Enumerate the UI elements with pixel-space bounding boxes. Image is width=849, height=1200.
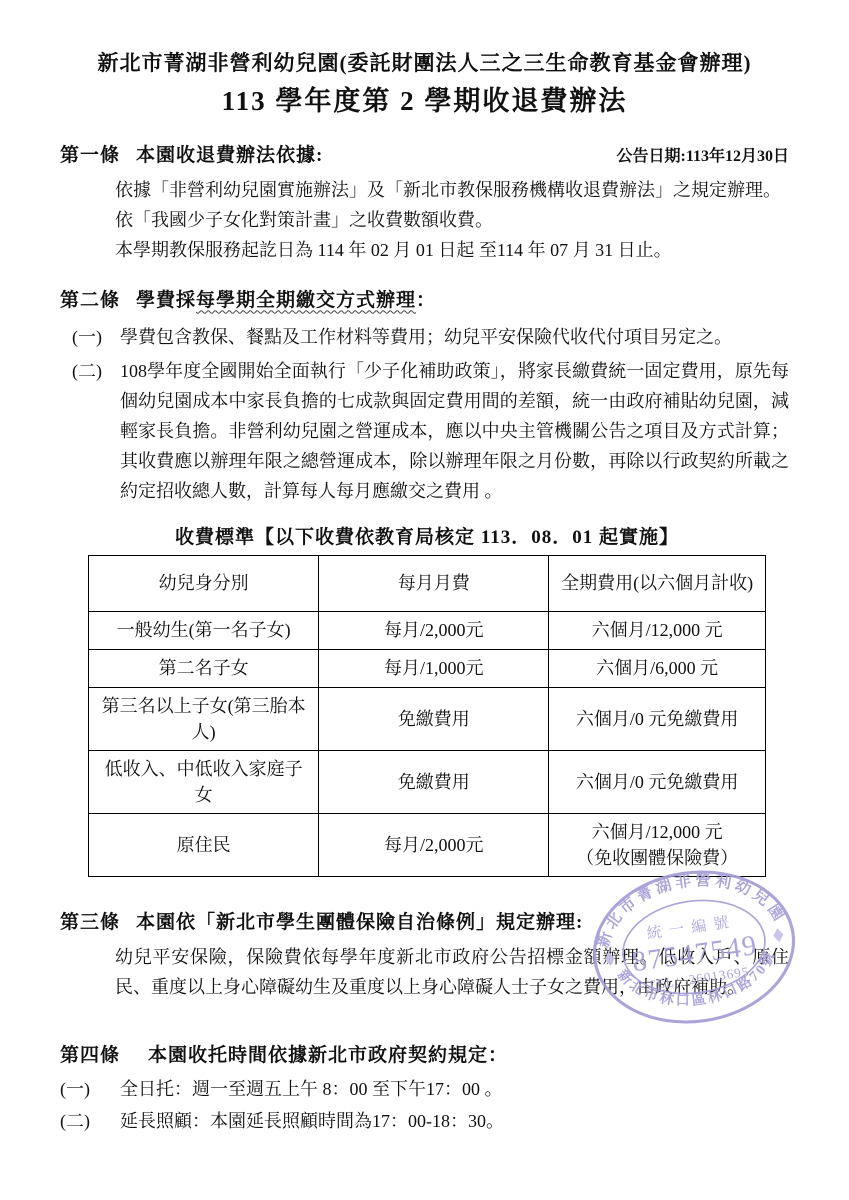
article-1-title: 本園收退費辦法依據:: [136, 145, 323, 166]
article-1-paragraph-2: 依「我國少子女化對策計畫」之收費數額收費。: [115, 205, 789, 235]
fee-table-row: 原住民 每月/2,000元 六個月/12,000 元 （免收團體保險費）: [89, 813, 766, 876]
fee-table-cell: 免繳費用: [319, 687, 549, 750]
fee-table-cell: 每月/1,000元: [319, 649, 549, 687]
article-3-title: 本園依「新北市學生團體保險自治條例」規定辦理:: [136, 912, 583, 933]
article-2-title-underlined: 每學期全期繳交方式辦理: [196, 290, 416, 311]
list-item: (二) 延長照顧：本園延長照顧時間為17：00-18：30。: [60, 1105, 789, 1137]
fee-table-cell: 第三名以上子女(第三胎本人): [89, 687, 319, 750]
article-2-number: 第二條: [60, 290, 120, 311]
fee-table: 幼兒身分別 每月月費 全期費用(以六個月計收) 一般幼生(第一名子女) 每月/2…: [88, 555, 766, 877]
list-item: (一) 學費包含教保、餐點及工作材料等費用；幼兒平安保險代收代付項目另定之。: [72, 322, 789, 352]
article-1-paragraph-1: 依據「非營利幼兒園實施辦法」及「新北市教保服務機構收退費辦法」之規定辦理。: [115, 175, 789, 205]
article-4-heading-row: 第四條本園收托時間依據新北市政府契約規定：: [60, 1040, 789, 1067]
fee-table-cell: 六個月/0 元免繳費用: [549, 687, 766, 750]
list-item-marker: (二): [60, 1105, 120, 1137]
doc-title: 新北市菁湖非營利幼兒園(委託財團法人三之三生命教育基金會辦理): [60, 48, 789, 78]
fee-table-header-cell: 幼兒身分別: [89, 555, 319, 611]
article-1-number: 第一條: [60, 145, 120, 166]
article-3-paragraph: 幼兒平安保險，保險費依每學年度新北市政府公告招標金額辦理。低收入戶、原住民、重度…: [115, 942, 789, 1002]
list-item-marker: (一): [72, 322, 120, 352]
fee-table-row: 低收入、中低收入家庭子女 免繳費用 六個月/0 元免繳費用: [89, 750, 766, 813]
article-4-title: 本園收托時間依據新北市政府契約規定：: [148, 1045, 508, 1066]
fee-table-cell: 每月/2,000元: [319, 813, 549, 876]
list-item: (一) 全日托：週一至週五上午 8：00 至下午17：00 。: [60, 1073, 789, 1105]
fee-table-header-cell: 全期費用(以六個月計收): [549, 555, 766, 611]
article-2-items: (一) 學費包含教保、餐點及工作材料等費用；幼兒平安保險代收代付項目另定之。 (…: [60, 322, 789, 506]
fee-table-row: 第二名子女 每月/1,000元 六個月/6,000 元: [89, 649, 766, 687]
article-2-heading: 第二條學費採每學期全期繳交方式辦理：: [60, 285, 436, 312]
article-2-title-prefix: 學費採: [136, 290, 196, 311]
fee-table-row: 一般幼生(第一名子女) 每月/2,000元 六個月/12,000 元: [89, 611, 766, 649]
fee-table-cell: 六個月/12,000 元 （免收團體保險費）: [549, 813, 766, 876]
article-2-heading-row: 第二條學費採每學期全期繳交方式辦理：: [60, 285, 789, 312]
fee-table-header-row: 幼兒身分別 每月月費 全期費用(以六個月計收): [89, 555, 766, 611]
article-1-heading: 第一條本園收退費辦法依據:: [60, 140, 323, 167]
list-item-text: 108學年度全國開始全面執行「少子化補助政策」，將家長繳費統一固定費用，原先每個…: [120, 356, 789, 506]
announce-date: 公告日期:113年12月30日: [617, 143, 789, 166]
fee-table-title: 收費標準【以下收費依教育局核定 113．08．01 起實施】: [88, 522, 766, 549]
article-1-paragraph-3: 本學期教保服務起訖日為 114 年 02 月 01 日起 至114 年 07 月…: [115, 235, 789, 265]
article-3-heading-row: 第三條本園依「新北市學生團體保險自治條例」規定辦理:: [60, 907, 789, 934]
article-1-body: 依據「非營利幼兒園實施辦法」及「新北市教保服務機構收退費辦法」之規定辦理。 依「…: [115, 175, 789, 265]
document-page: 新北市菁湖非營利幼兒園(委託財團法人三之三生命教育基金會辦理) 113 學年度第…: [0, 0, 849, 1200]
fee-table-cell: 免繳費用: [319, 750, 549, 813]
fee-table-cell: 六個月/12,000 元: [549, 611, 766, 649]
list-item: (二) 108學年度全國開始全面執行「少子化補助政策」，將家長繳費統一固定費用，…: [72, 356, 789, 506]
fee-table-cell: 每月/2,000元: [319, 611, 549, 649]
fee-table-row: 第三名以上子女(第三胎本人) 免繳費用 六個月/0 元免繳費用: [89, 687, 766, 750]
fee-table-cell: 一般幼生(第一名子女): [89, 611, 319, 649]
fee-table-header-cell: 每月月費: [319, 555, 549, 611]
article-1-heading-row: 第一條本園收退費辦法依據: 公告日期:113年12月30日: [60, 140, 789, 167]
article-4-items: (一) 全日托：週一至週五上午 8：00 至下午17：00 。 (二) 延長照顧…: [60, 1073, 789, 1137]
fee-table-cell: 第二名子女: [89, 649, 319, 687]
doc-subtitle: 113 學年度第 2 學期收退費辦法: [60, 84, 789, 119]
article-3-body: 幼兒平安保險，保險費依每學年度新北市政府公告招標金額辦理。低收入戶、原住民、重度…: [115, 942, 789, 1002]
list-item-text: 延長照顧：本園延長照顧時間為17：00-18：30。: [120, 1105, 789, 1137]
list-item-marker: (二): [72, 356, 120, 506]
article-3-heading: 第三條本園依「新北市學生團體保險自治條例」規定辦理:: [60, 907, 583, 934]
list-item-text: 學費包含教保、餐點及工作材料等費用；幼兒平安保險代收代付項目另定之。: [120, 322, 789, 352]
article-3-number: 第三條: [60, 912, 120, 933]
fee-table-cell: 低收入、中低收入家庭子女: [89, 750, 319, 813]
fee-table-cell: 原住民: [89, 813, 319, 876]
fee-table-cell: 六個月/6,000 元: [549, 649, 766, 687]
list-item-marker: (一): [60, 1073, 120, 1105]
fee-table-cell: 六個月/0 元免繳費用: [549, 750, 766, 813]
article-2-title-colon: ：: [416, 290, 436, 311]
article-4-number: 第四條: [60, 1045, 120, 1066]
list-item-text: 全日托：週一至週五上午 8：00 至下午17：00 。: [120, 1073, 789, 1105]
article-4-heading: 第四條本園收托時間依據新北市政府契約規定：: [60, 1040, 508, 1067]
